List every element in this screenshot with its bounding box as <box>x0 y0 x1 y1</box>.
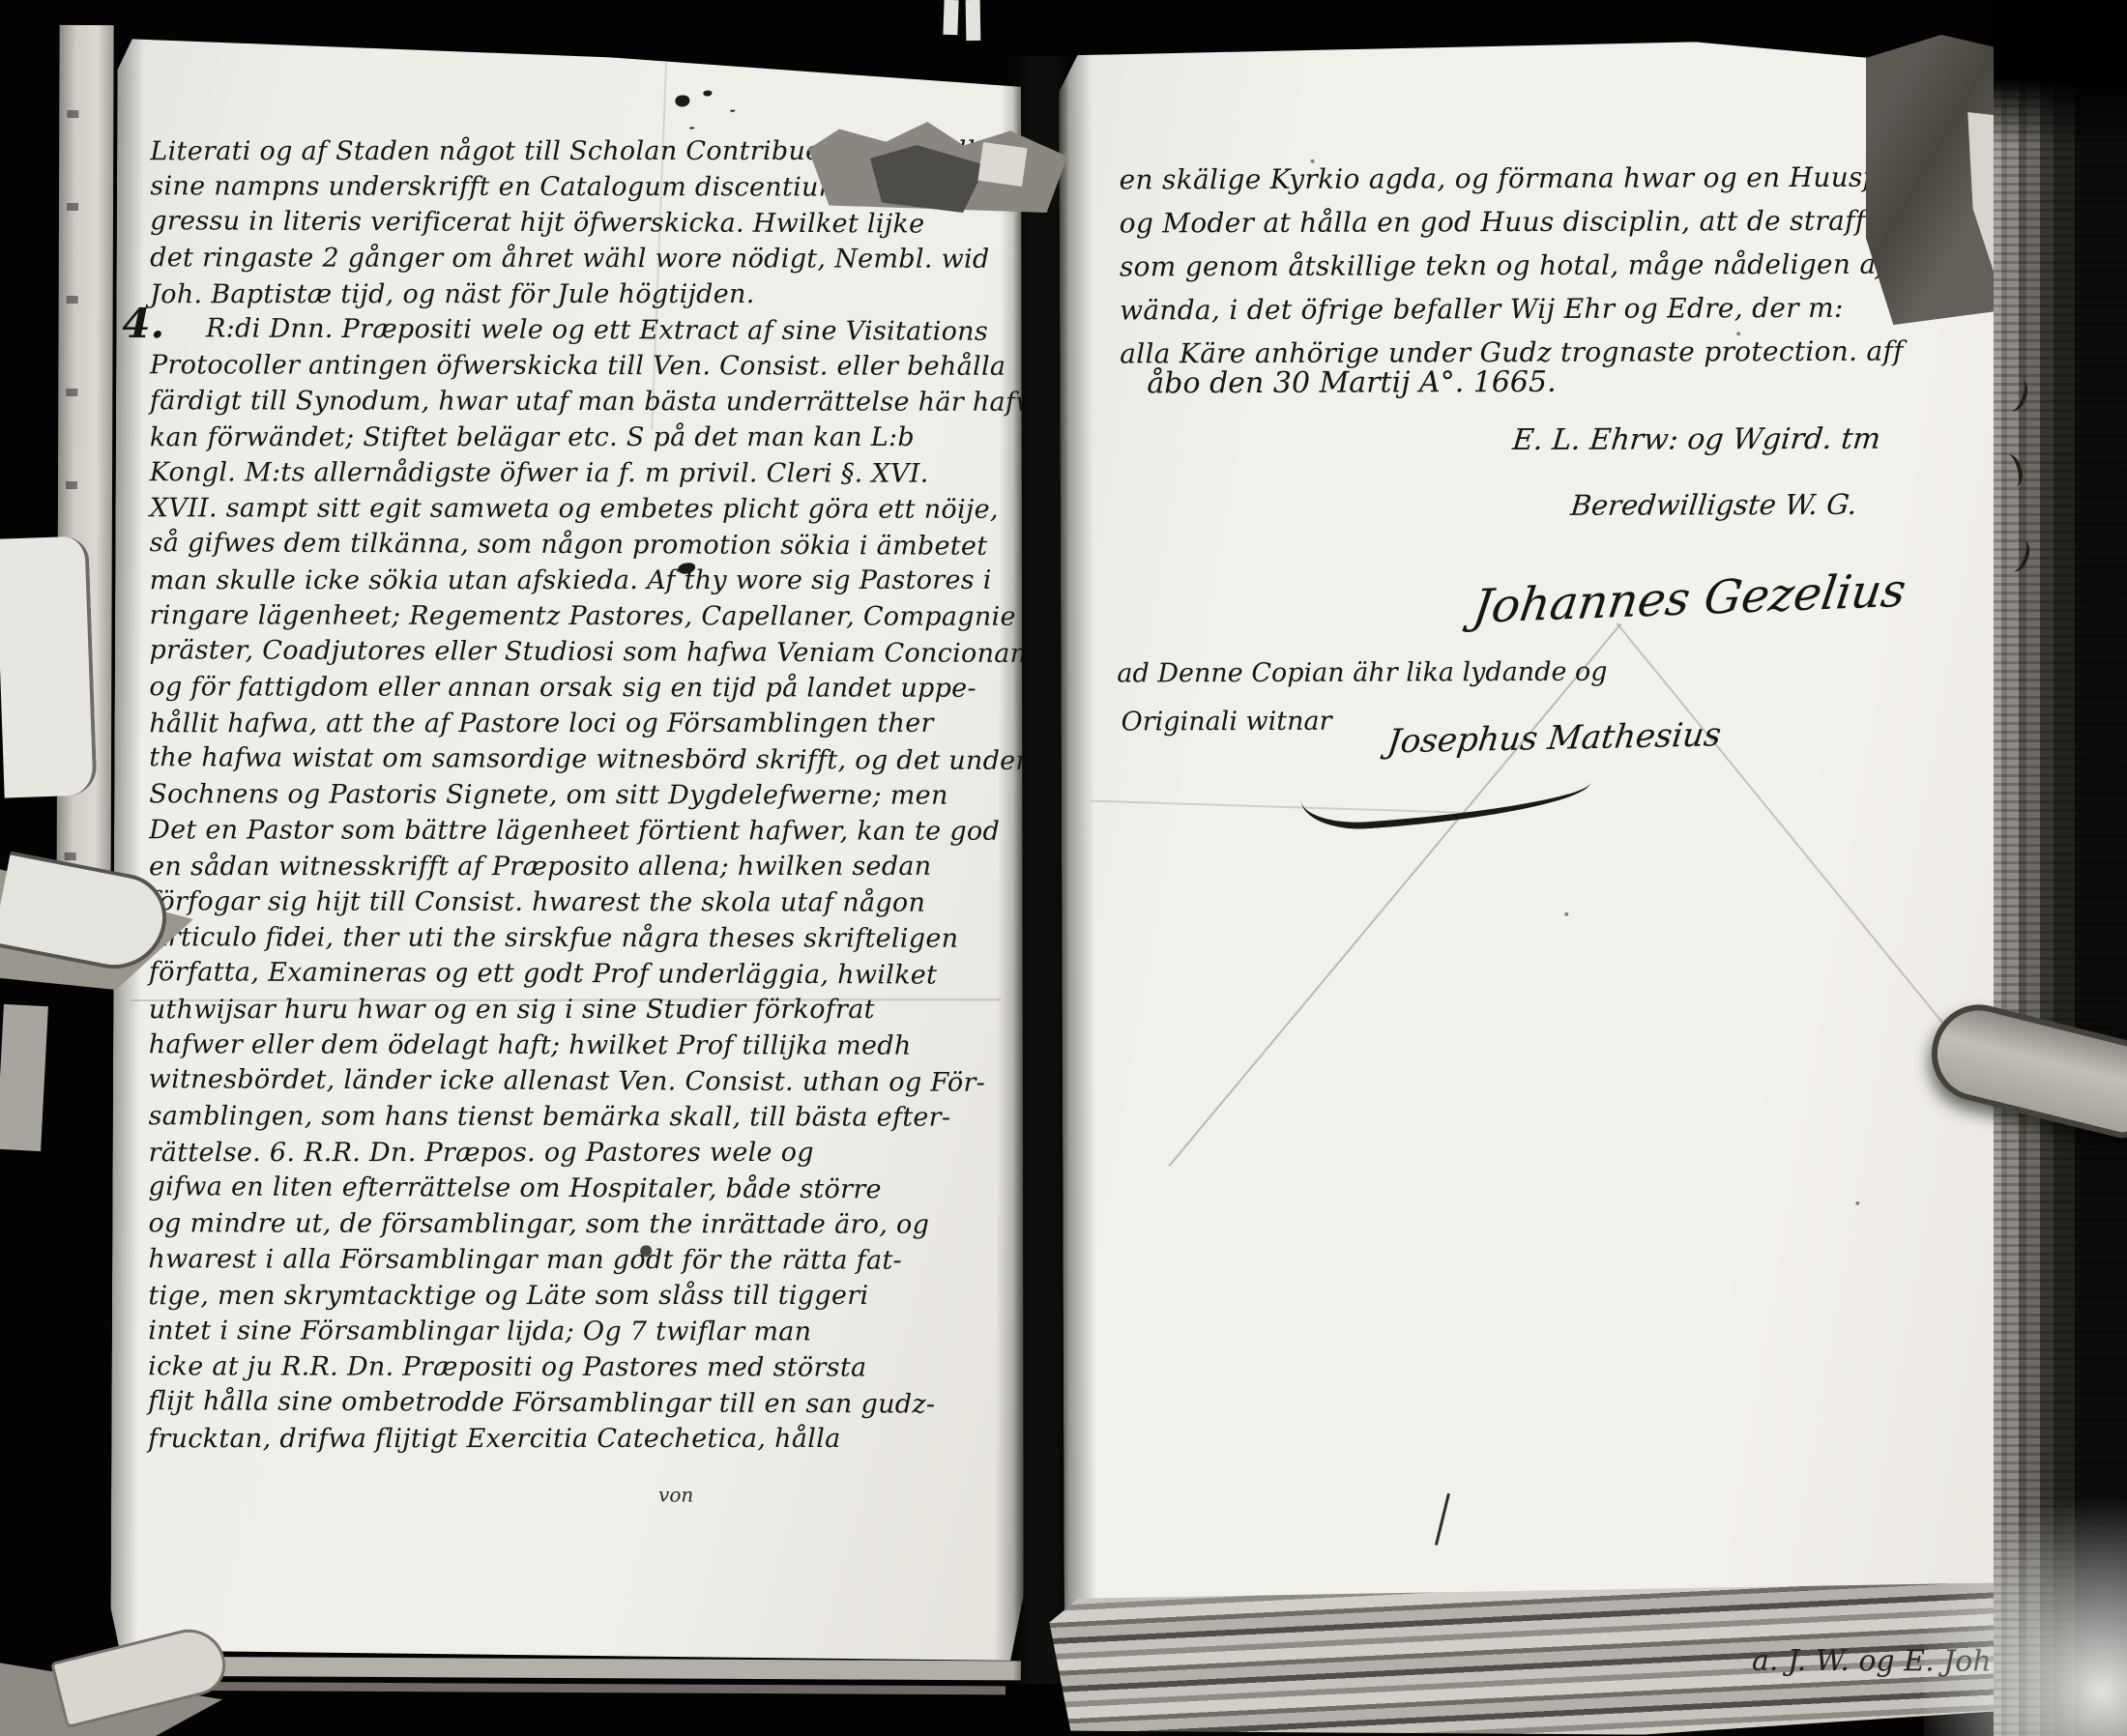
text-line: icke at ju R.R. Dn. Præpositi og Pastore… <box>148 1348 1014 1386</box>
text-line: rättelse. 6. R.R. Dn. Præpos. og Pastore… <box>149 1135 1015 1171</box>
text-line: frucktan, drifwa flijtigt Exercitia Cate… <box>148 1421 1014 1457</box>
edge-writing-fragment <box>1998 452 2025 489</box>
paper-speck <box>1855 1201 1859 1205</box>
signature-johannes-gezelius: Johannes Gezelius <box>1470 564 1909 634</box>
text-line: og för fattigdom eller annan orsak sig e… <box>149 669 1015 707</box>
fold-line <box>1168 623 1621 1167</box>
text-line: XVII. sampt sitt egit samweta og embetes… <box>150 490 1016 528</box>
text-line: hållit hafwa, att the af Pastore loci og… <box>149 706 1015 741</box>
torn-top-edge-light <box>977 142 1027 187</box>
salutation-line: Beredwilligste W. G. <box>1569 488 1858 522</box>
attestation-line: Originali witnar <box>1122 707 1332 738</box>
top-tab <box>966 0 981 41</box>
text-line: färdigt till Synodum, hwar utaf man bäst… <box>150 383 1016 420</box>
left-page: 4. Literati og af Staden något till Scho… <box>110 31 1030 1661</box>
text-line: Joh. Baptistæ tijd, og näst för Jule hög… <box>150 276 1016 312</box>
book-fore-edge <box>1994 0 2127 1736</box>
text-line: det ringaste 2 gånger om åhret wähl wore… <box>150 240 1016 277</box>
right-page: en skälige Kyrkio agda, og förmana hwar … <box>1059 41 2000 1638</box>
text-line: Sochnens og Pastoris Signete, om sitt Dy… <box>149 776 1015 814</box>
text-line: R:di Dnn. Præpositi wele og ett Extract … <box>150 310 1016 350</box>
binding-stub-strip <box>56 25 113 949</box>
text-line: wända, i det öfrige befaller Wij Ehr og … <box>1120 285 2000 333</box>
paper-speck <box>1564 912 1568 916</box>
text-line: Det en Pastor som bättre lägenheet förti… <box>149 812 1015 850</box>
text-line: flijt hålla sine ombetrodde Församblinga… <box>148 1383 1014 1423</box>
manuscript-photo: 4. Literati og af Staden något till Scho… <box>0 0 2127 1736</box>
text-line: intet i sine Församblingar lijda; Og 7 t… <box>148 1313 1014 1350</box>
text-line: gressu in literis verificerat hijt öfwer… <box>150 203 1016 243</box>
pen-mark <box>1435 1493 1450 1546</box>
text-line: samblingen, som hans tienst bemärka skal… <box>149 1098 1015 1136</box>
text-line: witnesbördet, länder icke allenast Ven. … <box>149 1061 1015 1101</box>
edge-writing-fragment <box>2002 377 2031 415</box>
catchword: von <box>658 1483 693 1506</box>
signature-flourish <box>1300 768 1592 833</box>
text-line: som genom åtskillige tekn og hotal, måge… <box>1120 242 2000 289</box>
edge-writing-fragment <box>2004 537 2033 575</box>
date-line: åbo den 30 Martij A°. 1665. <box>1147 365 1556 400</box>
text-line: hwarest i alla Församblingar man godt fö… <box>148 1241 1014 1279</box>
under-page-edge <box>122 1657 1021 1681</box>
text-line: ringare lägenheet; Regementz Pastores, C… <box>150 597 1016 635</box>
paper-stub-white <box>0 535 98 797</box>
text-line: författa, Examineras og ett godt Prof un… <box>149 954 1015 994</box>
corner-vignette <box>1924 1489 2127 1736</box>
text-line: präster, Coadjutores eller Studiosi som … <box>149 632 1015 672</box>
top-tab <box>943 0 958 35</box>
text-line: en sådan witnesskrifft af Præposito alle… <box>149 849 1015 884</box>
text-line: så gifwes dem tilkänna, som någon promot… <box>150 525 1016 564</box>
attestation-line: ad Denne Copian ähr lika lydande og <box>1117 657 1607 689</box>
text-line: Protocoller antingen öfwerskicka till Ve… <box>150 347 1016 385</box>
text-line: gifwa en liten efterrättelse om Hospital… <box>148 1169 1014 1208</box>
left-page-text: Literati og af Staden något till Scholan… <box>148 132 1016 1458</box>
text-line: hafwer eller dem ödelagt haft; hwilket P… <box>149 1027 1015 1064</box>
text-line: kan förwändet; Stiftet belägar etc. S på… <box>150 420 1016 455</box>
text-line: uthwijsar huru hwar og en sig i sine Stu… <box>149 992 1015 1027</box>
page-stack-edge: a. J. W. og E. Joh. <box>1049 1582 2037 1736</box>
paper-stub-lower <box>0 1004 48 1151</box>
salutation-line: E. L. Ehrw: og Wgird. tm <box>1511 422 1882 457</box>
text-line: the hafwa wistat om samsordige witnesbör… <box>149 739 1015 779</box>
text-line: og mindre ut, de församblingar, som the … <box>148 1205 1014 1243</box>
book-gutter <box>1013 56 1069 1684</box>
under-page-edge-dark <box>135 1682 1005 1695</box>
text-line: Kongl. M:ts allernådigste öfwer ia f. m … <box>150 454 1016 492</box>
text-line: Articulo fidei, ther uti the sirskfue nå… <box>149 919 1015 957</box>
text-line: man skulle icke sökia utan afskieda. Af … <box>150 563 1016 598</box>
text-line: förfogar sig hijt till Consist. hwarest … <box>149 883 1015 921</box>
text-line: tige, men skrymtacktige og Läte som slås… <box>148 1278 1014 1314</box>
ink-blot <box>675 95 689 106</box>
signature-josephus-mathesius: Josephus Mathesius <box>1385 715 1723 761</box>
